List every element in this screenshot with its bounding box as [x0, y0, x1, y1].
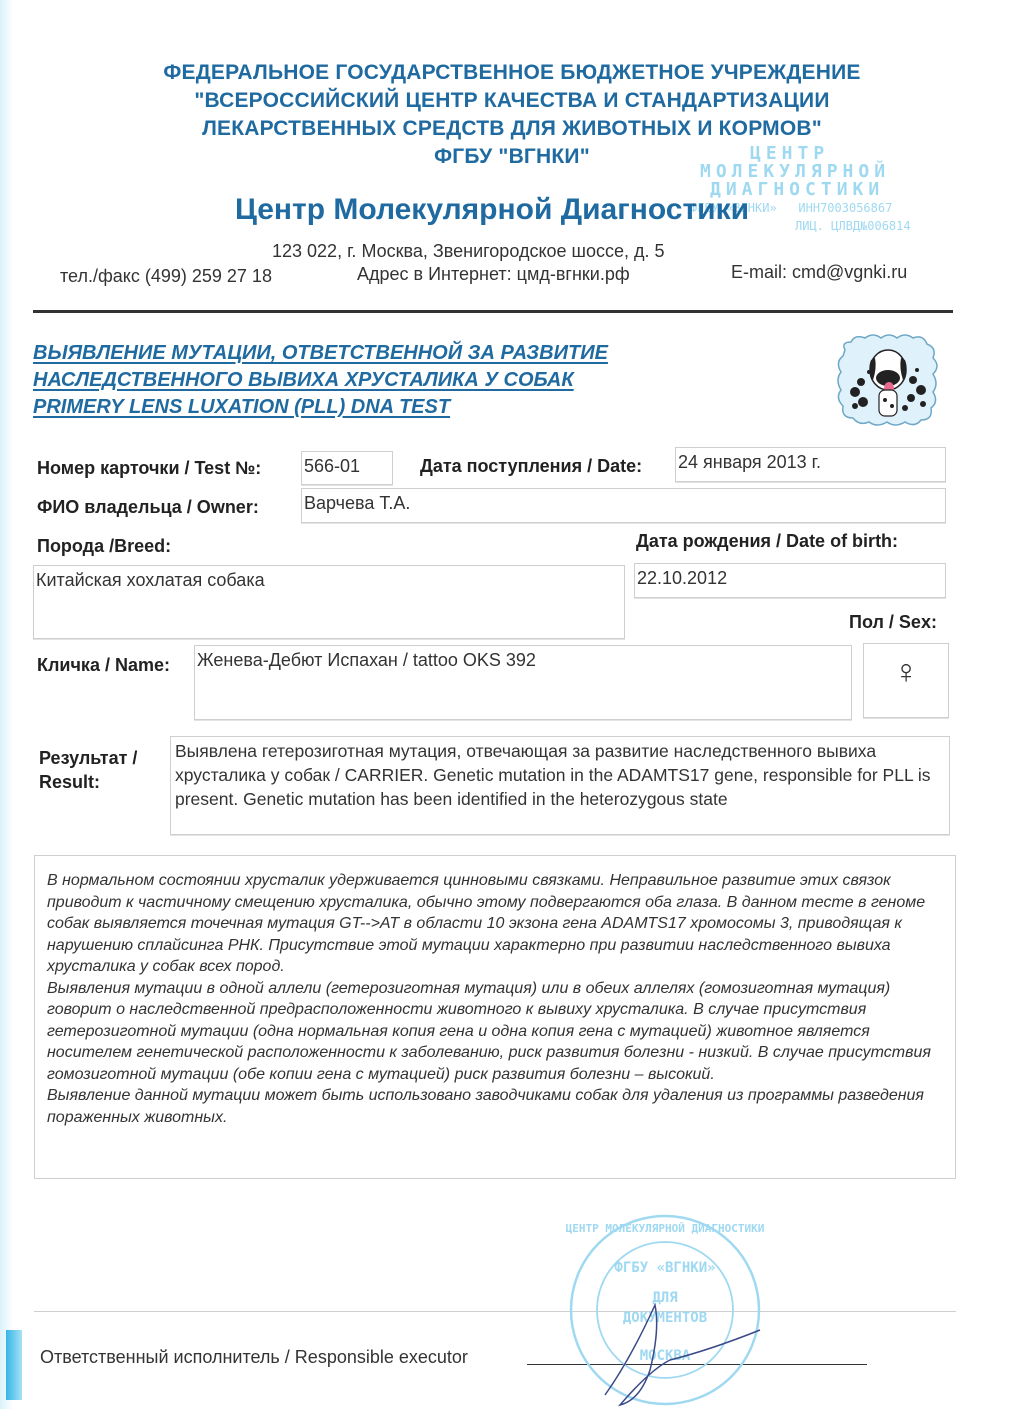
name-label: Кличка / Name: — [37, 655, 170, 676]
test-title: ВЫЯВЛЕНИЕ МУТАЦИИ, ОТВЕТСТВЕННОЙ ЗА РАЗВ… — [33, 340, 608, 421]
footer-divider — [34, 1311, 956, 1312]
website-link[interactable]: Адрес в Интернет: цмд-вгнки.рф — [357, 264, 630, 285]
owner-field: Варчева Т.А. — [301, 488, 946, 523]
test-number-label: Номер карточки / Test №: — [37, 458, 261, 479]
dob-field: 22.10.2012 — [634, 563, 946, 598]
breed-label: Порода /Breed: — [37, 536, 171, 557]
description-paragraph-3: Выявление данной мутации может быть испо… — [47, 1085, 945, 1128]
sex-label: Пол / Sex: — [849, 612, 937, 633]
svg-text:ДЛЯ: ДЛЯ — [652, 1290, 677, 1306]
email-link[interactable]: E-mail: cmd@vgnki.ru — [731, 262, 907, 283]
result-label: Результат / Result: — [39, 746, 137, 794]
svg-text:ЦЕНТР МОЛЕКУЛЯРНОЙ ДИАГНОСТИКИ: ЦЕНТР МОЛЕКУЛЯРНОЙ ДИАГНОСТИКИ — [566, 1222, 765, 1235]
svg-text:ДОКУМЕНТОВ: ДОКУМЕНТОВ — [623, 1310, 707, 1326]
name-field: Женева-Дебют Испахан / tattoo OKS 392 — [194, 645, 852, 720]
center-name: Центр Молекулярной Диагностики — [0, 193, 984, 227]
scan-edge-mark — [6, 1330, 22, 1400]
description-paragraph-1: В нормальном состоянии хрусталик удержив… — [47, 870, 945, 978]
dob-label: Дата рождения / Date of birth: — [636, 531, 898, 552]
org-line-1: ФЕДЕРАЛЬНОЕ ГОСУДАРСТВЕННОЕ БЮДЖЕТНОЕ УЧ… — [0, 61, 1024, 85]
address: 123 022, г. Москва, Звенигородское шоссе… — [272, 241, 665, 262]
header-divider — [33, 310, 953, 313]
test-number-field: 566-01 — [301, 451, 393, 485]
phone: тел./факс (499) 259 27 18 — [60, 266, 272, 287]
breed-field: Китайская хохлатая собака — [33, 565, 625, 639]
date-label: Дата поступления / Date: — [420, 456, 642, 477]
description-paragraph-2: Выявления мутации в одной аллели (гетеро… — [47, 978, 945, 1086]
description-box: В нормальном состоянии хрусталик удержив… — [34, 855, 956, 1179]
org-line-2: "ВСЕРОССИЙСКИЙ ЦЕНТР КАЧЕСТВА И СТАНДАРТ… — [0, 89, 1024, 113]
dalmatian-dog-logo-icon — [833, 330, 943, 430]
round-stamp: ЦЕНТР МОЛЕКУЛЯРНОЙ ДИАГНОСТИКИ ФГБУ «ВГН… — [560, 1210, 770, 1409]
female-symbol-icon: ♀ — [863, 643, 949, 718]
org-line-3: ЛЕКАРСТВЕННЫХ СРЕДСТВ ДЛЯ ЖИВОТНЫХ И КОР… — [0, 117, 1024, 141]
owner-label: ФИО владельца / Owner: — [37, 497, 259, 518]
signature-label: Ответственный исполнитель / Responsible … — [40, 1347, 468, 1368]
svg-text:ФГБУ «ВГНКИ»: ФГБУ «ВГНКИ» — [614, 1260, 715, 1276]
date-field: 24 января 2013 г. — [675, 447, 946, 482]
result-field: Выявлена гетерозиготная мутация, отвечаю… — [170, 736, 950, 835]
